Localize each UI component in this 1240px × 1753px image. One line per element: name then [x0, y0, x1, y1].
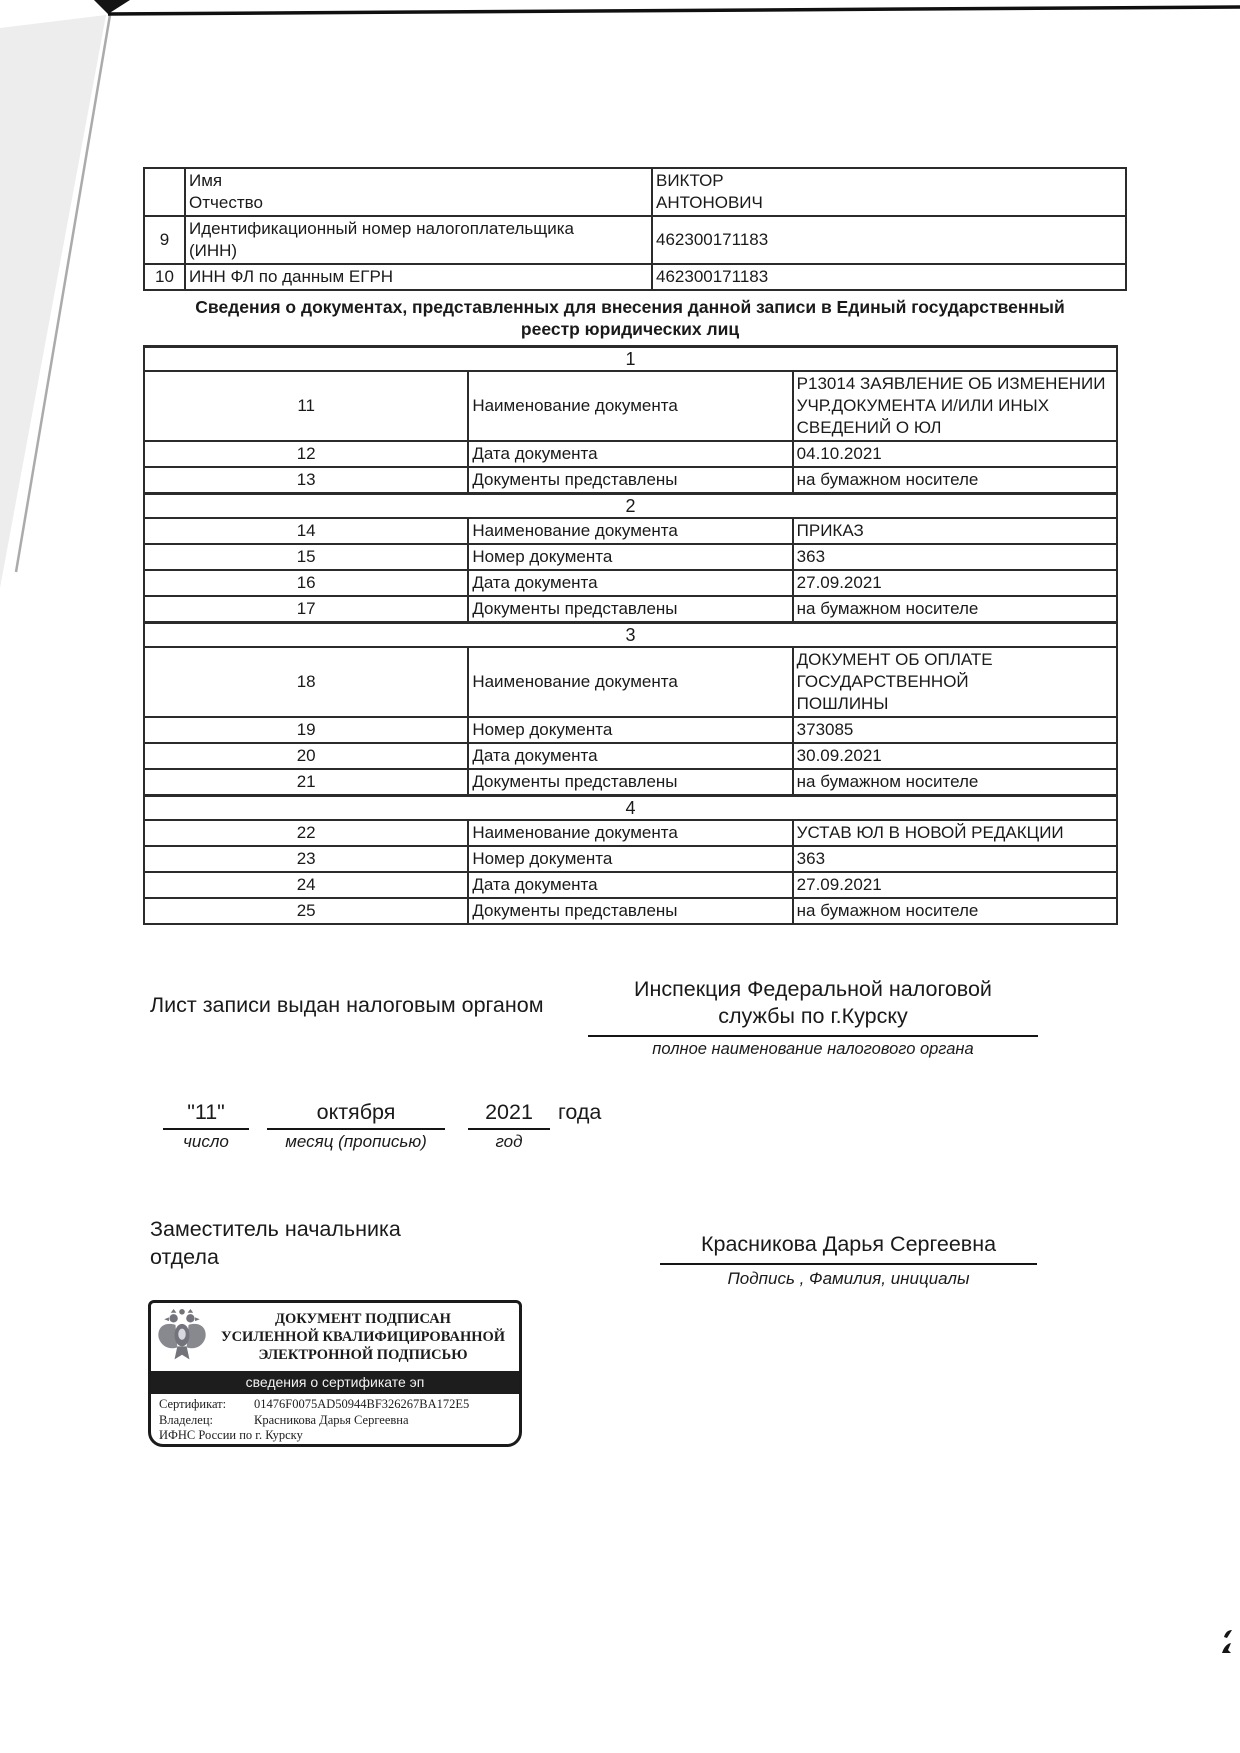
table-row: 14Наименование документаПРИКАЗ — [144, 518, 1117, 544]
table-row: 12Дата документа04.10.2021 — [144, 441, 1117, 467]
row-label: Номер документа — [468, 846, 792, 872]
esignature-stamp: ДОКУМЕНТ ПОДПИСАН УСИЛЕННОЙ КВАЛИФИЦИРОВ… — [148, 1300, 522, 1447]
signer-name: Красникова Дарья Сергеевна — [660, 1232, 1037, 1265]
row-number: 12 — [144, 441, 468, 467]
row-label: Документы представлены — [468, 898, 792, 924]
certificate-detail-label: Сертификат: — [159, 1397, 254, 1413]
row-label: ИНН ФЛ по данным ЕГРН — [185, 264, 652, 290]
row-label: Документы представлены — [468, 467, 792, 494]
row-number: 22 — [144, 820, 468, 846]
row-number: 14 — [144, 518, 468, 544]
document-group-number: 4 — [144, 796, 1117, 821]
row-label: Документы представлены — [468, 769, 792, 796]
row-number — [144, 168, 185, 216]
certificate-detail-row: Сертификат:01476F0075AD50944BF326267BA17… — [159, 1397, 511, 1413]
row-value: 462300171183 — [652, 264, 1126, 290]
row-label: Имя Отчество — [185, 168, 652, 216]
date-day-value: "11" — [163, 1100, 249, 1130]
certificate-details: Сертификат:01476F0075AD50944BF326267BA17… — [151, 1394, 519, 1447]
row-value: 27.09.2021 — [793, 872, 1117, 898]
table-row: 21Документы представленына бумажном носи… — [144, 769, 1117, 796]
row-value: УСТАВ ЮЛ В НОВОЙ РЕДАКЦИИ — [793, 820, 1117, 846]
row-label: Дата документа — [468, 441, 792, 467]
document-group-number: 1 — [144, 347, 1117, 372]
row-label: Номер документа — [468, 544, 792, 570]
signature-caption: Подпись , Фамилия, инициалы — [660, 1269, 1037, 1289]
stamp-title: ДОКУМЕНТ ПОДПИСАН УСИЛЕННОЙ КВАЛИФИЦИРОВ… — [213, 1310, 519, 1364]
table-row: 20Дата документа30.09.2021 — [144, 743, 1117, 769]
certificate-detail-label: Владелец: — [159, 1413, 254, 1429]
date-day-caption: число — [163, 1132, 249, 1152]
document-page: Имя ОтчествоВИКТОР АНТОНОВИЧ9Идентификац… — [0, 0, 1240, 1753]
document-group-number: 2 — [144, 494, 1117, 519]
row-value: ПРИКАЗ — [793, 518, 1117, 544]
document-group-header: 4 — [144, 796, 1117, 821]
table-row: 9Идентификационный номер налогоплательщи… — [144, 216, 1126, 264]
row-label: Наименование документа — [468, 820, 792, 846]
issued-by-label: Лист записи выдан налоговым органом — [150, 993, 544, 1018]
row-label: Идентификационный номер налогоплательщик… — [185, 216, 652, 264]
date-year-value: 2021 — [468, 1100, 550, 1130]
row-label: Документы представлены — [468, 596, 792, 623]
row-number: 18 — [144, 647, 468, 717]
row-number: 19 — [144, 717, 468, 743]
row-value: 27.09.2021 — [793, 570, 1117, 596]
coat-of-arms-icon — [151, 1307, 213, 1367]
row-value: 04.10.2021 — [793, 441, 1117, 467]
row-label: Наименование документа — [468, 518, 792, 544]
row-value: 373085 — [793, 717, 1117, 743]
date-year-suffix: года — [558, 1100, 601, 1125]
documents-section-heading: Сведения о документах, представленных дл… — [125, 296, 1135, 340]
row-number: 20 — [144, 743, 468, 769]
row-value: 363 — [793, 846, 1117, 872]
date-month-value: октября — [267, 1100, 445, 1130]
table-row: 24Дата документа27.09.2021 — [144, 872, 1117, 898]
document-group-header: 2 — [144, 494, 1117, 519]
table-row: 10ИНН ФЛ по данным ЕГРН462300171183 — [144, 264, 1126, 290]
row-value: на бумажном носителе — [793, 769, 1117, 796]
row-number: 15 — [144, 544, 468, 570]
date-day-field: "11" число — [163, 1100, 249, 1152]
certificate-detail-label: ИФНС России по г. Курску — [159, 1428, 303, 1444]
certificate-detail-label: Действителен: — [159, 1444, 236, 1448]
certificate-detail-value: с 30.07.2021 по 30.07.2022 — [236, 1444, 511, 1448]
row-label: Дата документа — [468, 743, 792, 769]
row-number: 9 — [144, 216, 185, 264]
table-row: 11Наименование документаР13014 ЗАЯВЛЕНИЕ… — [144, 371, 1117, 441]
row-number: 17 — [144, 596, 468, 623]
row-number: 13 — [144, 467, 468, 494]
row-label: Наименование документа — [468, 371, 792, 441]
row-label: Номер документа — [468, 717, 792, 743]
row-value: 462300171183 — [652, 216, 1126, 264]
row-value: на бумажном носителе — [793, 898, 1117, 924]
document-group-header: 1 — [144, 347, 1117, 372]
date-year-caption: год — [468, 1132, 550, 1152]
table-row: 19Номер документа373085 — [144, 717, 1117, 743]
documents-table: 111Наименование документаР13014 ЗАЯВЛЕНИ… — [143, 345, 1118, 925]
table-row: 13Документы представленына бумажном носи… — [144, 467, 1117, 494]
table-row: 25Документы представленына бумажном носи… — [144, 898, 1117, 924]
row-number: 21 — [144, 769, 468, 796]
row-value: 363 — [793, 544, 1117, 570]
row-value: ДОКУМЕНТ ОБ ОПЛАТЕ ГОСУДАРСТВЕННОЙ ПОШЛИ… — [793, 647, 1117, 717]
row-number: 23 — [144, 846, 468, 872]
table-row: 23Номер документа363 — [144, 846, 1117, 872]
certificate-detail-value: 01476F0075AD50944BF326267BA172E5 — [254, 1397, 511, 1413]
row-label: Дата документа — [468, 570, 792, 596]
certificate-detail-value: Красникова Дарья Сергеевна — [254, 1413, 511, 1429]
row-value: 30.09.2021 — [793, 743, 1117, 769]
authority-name: Инспекция Федеральной налоговой службы п… — [588, 976, 1038, 1037]
table-row: 22Наименование документаУСТАВ ЮЛ В НОВОЙ… — [144, 820, 1117, 846]
row-label: Дата документа — [468, 872, 792, 898]
date-year-field: 2021 год — [468, 1100, 550, 1152]
row-label: Наименование документа — [468, 647, 792, 717]
table-row: 17Документы представленына бумажном носи… — [144, 596, 1117, 623]
person-info-table: Имя ОтчествоВИКТОР АНТОНОВИЧ9Идентификац… — [143, 167, 1127, 291]
document-group-number: 3 — [144, 623, 1117, 648]
authority-caption: полное наименование налогового органа — [588, 1040, 1038, 1059]
stamp-header: ДОКУМЕНТ ПОДПИСАН УСИЛЕННОЙ КВАЛИФИЦИРОВ… — [151, 1303, 519, 1371]
table-row: Имя ОтчествоВИКТОР АНТОНОВИЧ — [144, 168, 1126, 216]
certificate-detail-row: ИФНС России по г. Курску — [159, 1428, 511, 1444]
table-row: 15Номер документа363 — [144, 544, 1117, 570]
row-number: 11 — [144, 371, 468, 441]
certificate-detail-row: Владелец:Красникова Дарья Сергеевна — [159, 1413, 511, 1429]
row-value: Р13014 ЗАЯВЛЕНИЕ ОБ ИЗМЕНЕНИИ УЧР.ДОКУМЕ… — [793, 371, 1117, 441]
date-month-caption: месяц (прописью) — [267, 1132, 445, 1152]
row-number: 24 — [144, 872, 468, 898]
stamp-band-label: сведения о сертификате эп — [151, 1371, 519, 1394]
table-row: 18Наименование документаДОКУМЕНТ ОБ ОПЛА… — [144, 647, 1117, 717]
date-month-field: октября месяц (прописью) — [267, 1100, 445, 1152]
row-value: на бумажном носителе — [793, 596, 1117, 623]
row-value: ВИКТОР АНТОНОВИЧ — [652, 168, 1126, 216]
authority-block: Инспекция Федеральной налоговой службы п… — [588, 976, 1038, 1059]
certificate-detail-row: Действителен:с 30.07.2021 по 30.07.2022 — [159, 1444, 511, 1448]
table-row: 16Дата документа27.09.2021 — [144, 570, 1117, 596]
signatory-position: Заместитель начальника отдела — [150, 1215, 470, 1271]
document-group-header: 3 — [144, 623, 1117, 648]
row-number: 16 — [144, 570, 468, 596]
row-value: на бумажном носителе — [793, 467, 1117, 494]
signer-block: Красникова Дарья Сергеевна Подпись , Фам… — [660, 1232, 1037, 1289]
row-number: 25 — [144, 898, 468, 924]
row-number: 10 — [144, 264, 185, 290]
